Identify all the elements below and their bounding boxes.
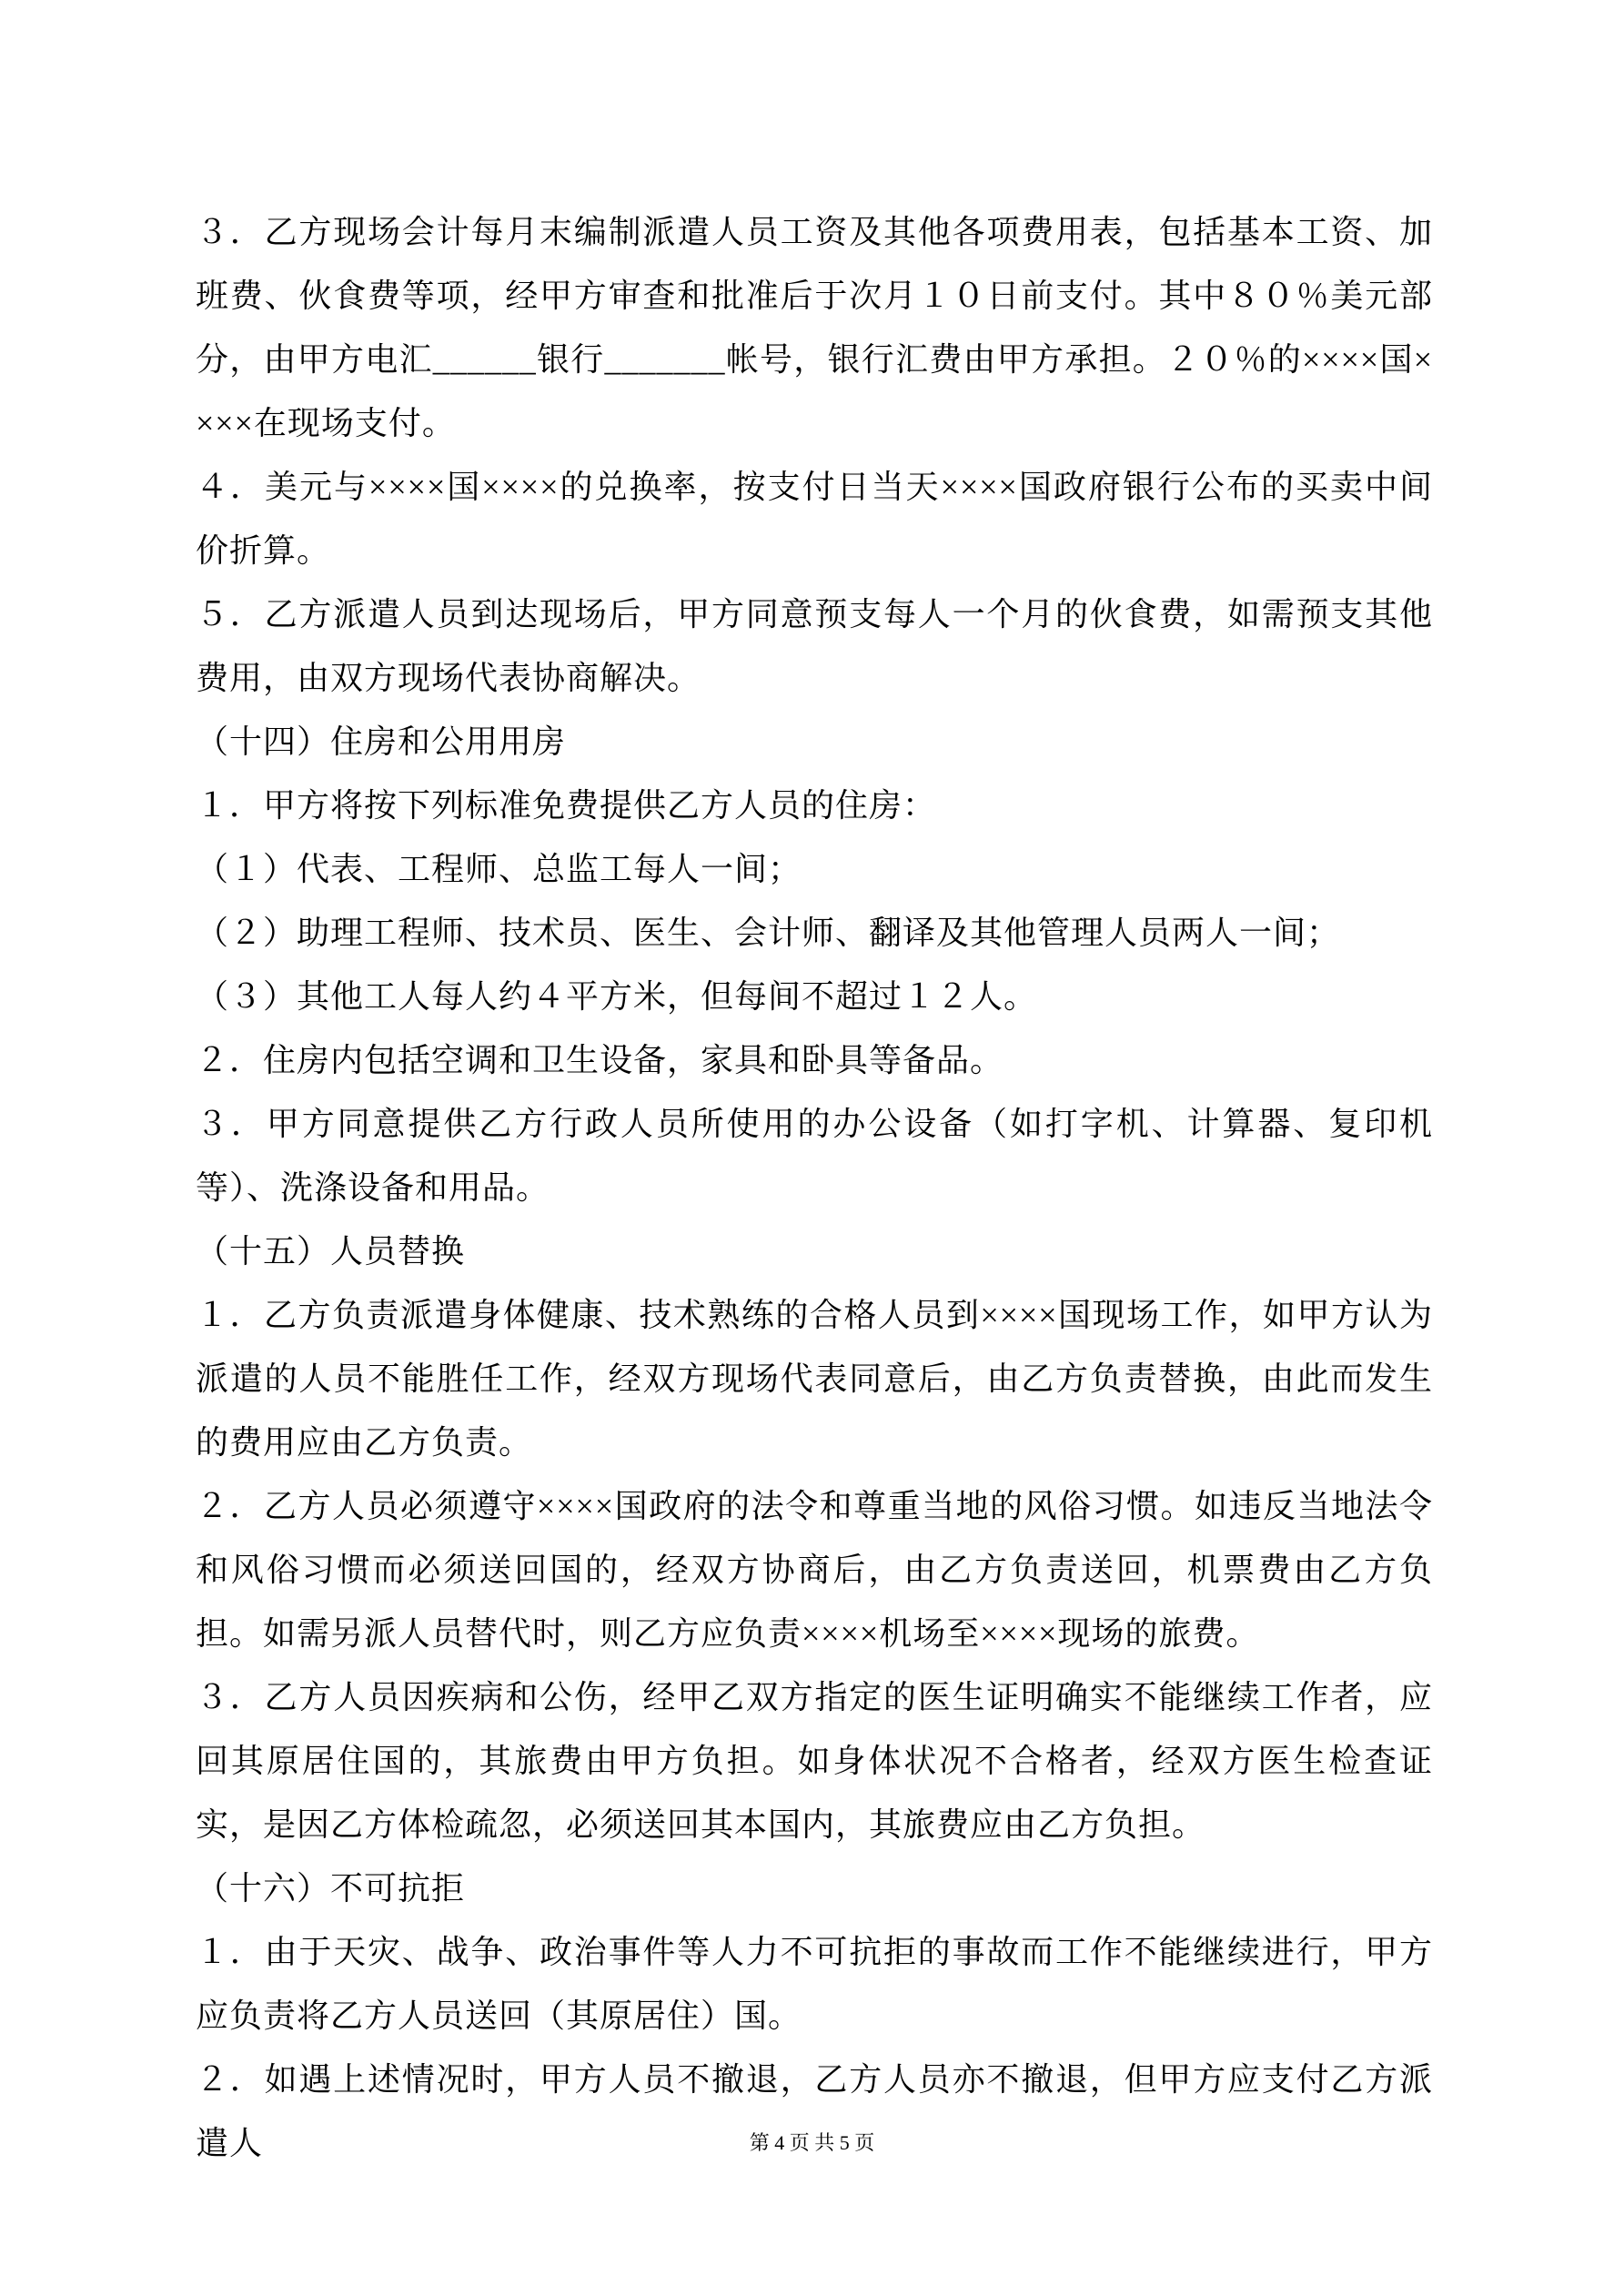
section-heading: （十四）住房和公用用房: [196, 710, 1433, 774]
clause-paragraph: ３．甲方同意提供乙方行政人员所使用的办公设备（如打字机、计算器、复印机等）、洗涤…: [196, 1092, 1433, 1219]
clause-paragraph: ２．乙方人员必须遵守××××国政府的法令和尊重当地的风俗习惯。如违反当地法令和风…: [196, 1474, 1433, 1665]
clause-paragraph: ３．乙方现场会计每月末编制派遣人员工资及其他各项费用表，包括基本工资、加班费、伙…: [196, 200, 1433, 455]
page-number: 第 4 页 共 5 页: [0, 2129, 1624, 2157]
document-page: ３．乙方现场会计每月末编制派遣人员工资及其他各项费用表，包括基本工资、加班费、伙…: [0, 0, 1624, 2296]
section-heading: （十六）不可抗拒: [196, 1856, 1433, 1920]
clause-paragraph: ３．乙方人员因疾病和公伤，经甲乙双方指定的医生证明确实不能继续工作者，应回其原居…: [196, 1665, 1433, 1856]
document-body: ３．乙方现场会计每月末编制派遣人员工资及其他各项费用表，包括基本工资、加班费、伙…: [196, 200, 1433, 2175]
clause-paragraph: ２．住房内包括空调和卫生设备，家具和卧具等备品。: [196, 1028, 1433, 1092]
section-heading: （十五）人员替换: [196, 1219, 1433, 1283]
clause-paragraph: １．由于天灾、战争、政治事件等人力不可抗拒的事故而工作不能继续进行，甲方应负责将…: [196, 1920, 1433, 2048]
clause-paragraph: （１）代表、工程师、总监工每人一间；: [196, 837, 1433, 901]
clause-paragraph: （３）其他工人每人约４平方米，但每间不超过１２人。: [196, 965, 1433, 1028]
clause-paragraph: ４．美元与××××国××××的兑换率，按支付日当天××××国政府银行公布的买卖中…: [196, 455, 1433, 582]
clause-paragraph: １．甲方将按下列标准免费提供乙方人员的住房：: [196, 774, 1433, 837]
clause-paragraph: （２）助理工程师、技术员、医生、会计师、翻译及其他管理人员两人一间；: [196, 901, 1433, 965]
clause-paragraph: ５．乙方派遣人员到达现场后，甲方同意预支每人一个月的伙食费，如需预支其他费用，由…: [196, 582, 1433, 710]
clause-paragraph: １．乙方负责派遣身体健康、技术熟练的合格人员到××××国现场工作，如甲方认为派遣…: [196, 1283, 1433, 1474]
